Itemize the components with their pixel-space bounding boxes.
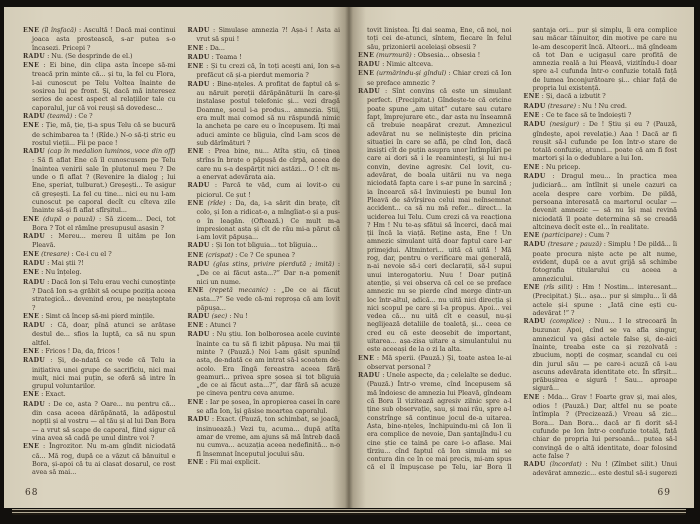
stage-direction: (teamă) — [47, 112, 72, 120]
stage-direction: (glas stins, privire pierdută ; imită) — [213, 260, 334, 268]
speech: RADU : Teama ! — [197, 53, 341, 62]
left-page: ENE (îl înșfacă) : Ascultă ! Dacă mai co… — [4, 7, 349, 508]
stage-direction: (sec) — [212, 312, 228, 320]
speaker-name: RADU — [524, 318, 546, 325]
speech: ENE : Și tu crezi că, în toți acești ani… — [197, 62, 341, 80]
speaker-name: RADU — [524, 241, 546, 248]
speech: RADU : Bine-nțeles. A profitat de faptul… — [197, 80, 341, 147]
speech: ENE : Ție, mă, ție, ți-a spus Telu că se… — [32, 121, 176, 147]
stage-direction: (după o pauză) — [43, 215, 95, 223]
speech: ENE : Și, dacă a izbutit ? — [533, 92, 678, 101]
speaker-name: ENE — [188, 252, 204, 259]
speaker-name: ENE — [524, 394, 540, 401]
speech: ENE : Nu înțeleg. — [32, 268, 176, 277]
speech: RADU : De ce, asta ? Oare... nu pentru c… — [32, 400, 176, 442]
speaker-name: ENE — [23, 251, 39, 258]
speech: RADU (cap în medalion luminos, voce din … — [32, 147, 176, 214]
speaker-name: ENE — [188, 45, 204, 52]
speaker-name: RADU — [524, 461, 546, 468]
speech: RADU : Și Ion tot bîiguia... tot bîiguia… — [197, 241, 341, 250]
speech: ENE : Fricos ! Da, da, fricos ! — [32, 347, 176, 356]
speaker-name: RADU — [524, 173, 546, 180]
speaker-name: RADU — [23, 260, 45, 267]
stage-direction: (îl înșfacă) — [42, 26, 77, 34]
speech: ENE : Nu pricep. — [533, 163, 678, 172]
speaker-name: RADU — [188, 416, 210, 423]
speaker-name: ENE — [23, 27, 39, 34]
speaker-name: ENE — [358, 70, 374, 77]
speaker-name: ENE — [23, 62, 39, 69]
speech: ENE (rîs silit) : Hm ! Nostim... interes… — [533, 283, 678, 317]
speech: ENE : Ei bine, din clipa asta începe să-… — [32, 61, 176, 112]
speaker-name: ENE — [188, 399, 204, 406]
speech: RADU : Sînt convins că este un simulant … — [367, 87, 512, 354]
speech: ENE (murmură) : Obsesia... obsesia ! — [367, 51, 512, 60]
speech: RADU : Nu. (Se desprinde de el.) — [32, 52, 176, 61]
speech: ENE : Atunci ? — [197, 321, 341, 330]
speech: ENE (rîde) : Da, da, i-a sărit din brațe… — [197, 199, 341, 241]
stage-direction: (tresare ; pauză) — [548, 240, 602, 248]
speech: RADU : Mai știi ?! — [32, 259, 176, 268]
speaker-name: ENE — [524, 112, 540, 119]
speech: RADU (nesigur) : De ! Știu și eu ? (Pauz… — [533, 120, 678, 162]
speech: ENE (repetă mecanic) : „De ce ai făcut a… — [197, 286, 341, 312]
speaker-name: RADU — [23, 233, 45, 240]
stage-direction: (încordat) — [549, 460, 581, 468]
speech: RADU : Și, de-ndată ce vede că Telu ia i… — [32, 356, 176, 390]
speaker-name: ENE — [23, 443, 39, 450]
speech: ENE : Iar pe șosea, în apropierea casei … — [197, 398, 341, 416]
stage-direction: (repetă mecanic) — [209, 286, 268, 294]
speaker-name: ENE — [188, 63, 204, 70]
speaker-name: ENE — [524, 164, 540, 171]
speaker-name: ENE — [188, 322, 204, 329]
speaker-name: RADU — [188, 313, 210, 320]
speech: RADU : Dacă Ion și Telu erau vechi cunoș… — [32, 278, 176, 312]
speech: RADU : Că, doar, pînă atunci se arătase … — [32, 321, 176, 347]
speech: ENE : Ce te face să te îndoiești ? — [533, 111, 678, 120]
stage-direction: (tresare) — [41, 250, 69, 258]
speech: RADU (teamă) : Ce ? — [32, 112, 176, 121]
stage-direction: (cap în medalion luminos, voce din off) — [47, 147, 175, 155]
speaker-name: RADU — [188, 81, 210, 88]
stage-direction: (rîs silit) — [543, 283, 572, 291]
speech: ENE (îl înșfacă) : Ascultă ! Dacă mai co… — [32, 26, 176, 52]
speech: RADU : Dragul meu... în practica mea jud… — [533, 172, 678, 231]
speaker-name: ENE — [23, 391, 39, 398]
speech: RADU (sec) : Nu ! — [197, 312, 341, 321]
speech: RADU : Nimic altceva. — [367, 60, 512, 69]
stage-direction: (crispat) — [206, 251, 233, 259]
speech: ENE : Mă sperii. (Pauză.) Și, toate aste… — [367, 354, 512, 372]
stage-direction: (rîde) — [208, 199, 226, 207]
speaker-name: RADU — [524, 121, 546, 128]
stage-direction: (murmură) — [376, 51, 411, 59]
speech-continuation: tovit liniștea. Îți dai seama, Ene, că n… — [367, 26, 512, 51]
left-page-text: ENE (îl înșfacă) : Ascultă ! Dacă mai co… — [23, 26, 340, 478]
speaker-name: RADU — [23, 53, 45, 60]
stage-direction: (participare) — [542, 231, 583, 239]
speaker-name: RADU — [188, 27, 210, 34]
stacked-page-edges — [12, 509, 686, 515]
speech: ENE (după o pauză) : Să zicem... Deci, t… — [32, 215, 176, 233]
speaker-name: ENE — [188, 148, 204, 155]
speech: ENE (participare) : Cum ? — [533, 231, 678, 240]
speech: RADU (glas stins, privire pierdută ; imi… — [197, 260, 341, 286]
speaker-name: RADU — [358, 372, 380, 379]
speaker-name: RADU — [188, 261, 210, 268]
speech: RADU : Exact. (Pauză, ton schimbat, se j… — [197, 415, 341, 457]
speech: ENE : Îngrozitor. Nu m-am gîndit nicioda… — [32, 442, 176, 476]
speaker-name: RADU — [188, 182, 210, 189]
page-number-left: 68 — [25, 488, 38, 498]
speaker-name: RADU — [524, 103, 546, 110]
speaker-name: RADU — [188, 242, 210, 249]
speech: RADU : Mereu... mereu îl uităm pe Ion Pl… — [32, 232, 176, 250]
speaker-name: RADU — [23, 148, 45, 155]
speaker-name: ENE — [524, 232, 540, 239]
speech: ENE : Exact. — [32, 390, 176, 399]
speaker-name: ENE — [188, 200, 204, 207]
speaker-name: RADU — [358, 61, 380, 68]
stage-direction: (tresare) — [548, 102, 576, 110]
speaker-name: RADU — [23, 322, 45, 329]
speaker-name: ENE — [188, 459, 204, 466]
speech: ENE : Da... — [197, 44, 341, 53]
stage-direction: (nesigur) — [549, 120, 579, 128]
speaker-name: ENE — [358, 52, 374, 59]
speech: ENE : Simt că încep să-mi pierd mințile. — [32, 312, 176, 321]
speaker-name: ENE — [524, 93, 540, 100]
speaker-name: RADU — [23, 113, 45, 120]
speaker-name: RADU — [188, 54, 210, 61]
speaker-name: ENE — [23, 313, 39, 320]
speaker-name: RADU — [358, 88, 380, 95]
speech: RADU : Simulase amnezia ?! Așa-i ! Asta … — [197, 26, 341, 44]
speaker-name: ENE — [23, 122, 39, 129]
speech: RADU : Nu știu. Ion bolborosea acele cuv… — [197, 330, 341, 397]
speaker-name: ENE — [23, 269, 39, 276]
speaker-name: ENE — [23, 348, 39, 355]
speech: ENE : Mda... Grav ! Foarte grav și, mai … — [533, 393, 678, 460]
book-spread: ENE (îl înșfacă) : Ascultă ! Dacă mai co… — [4, 7, 694, 508]
speaker-name: RADU — [23, 279, 45, 286]
speaker-name: ENE — [358, 355, 374, 362]
stage-direction: (urmărindu-și gîndul) — [376, 69, 446, 77]
speaker-name: RADU — [23, 357, 45, 364]
speech: RADU : Parcă te văd, cum ai lovit-o cu p… — [197, 181, 341, 199]
speech: ENE (crispat) : Ce ? Ce spunea ? — [197, 251, 341, 260]
speech: RADU (complice) : Nuu... I le strecoară … — [533, 317, 678, 393]
speaker-name: RADU — [23, 401, 45, 408]
speech: ENE : Prea bine, nu... Atîta știu, că ți… — [197, 147, 341, 181]
right-page-text: tovit liniștea. Îți dai seama, Ene, că n… — [358, 26, 677, 478]
page-number-right: 69 — [658, 488, 671, 498]
speech: RADU (tresare) : Nu ! Nu cred. — [533, 102, 678, 111]
speaker-name: ENE — [188, 287, 204, 294]
speaker-name: ENE — [23, 216, 39, 223]
right-page: tovit liniștea. Îți dai seama, Ene, că n… — [349, 7, 694, 508]
speech: ENE (urmărindu-și gîndul) : Chiar crezi … — [367, 69, 512, 87]
speaker-name: ENE — [524, 284, 540, 291]
speaker-name: RADU — [188, 331, 210, 338]
speech: ENE : Fii mai explicit. — [197, 458, 341, 467]
speech: RADU (tresare ; pauză) : Simplu ! De pil… — [533, 240, 678, 282]
stage-direction: (complice) — [550, 317, 584, 325]
speech: ENE (tresare) : Ce-i cu el ? — [32, 250, 176, 259]
